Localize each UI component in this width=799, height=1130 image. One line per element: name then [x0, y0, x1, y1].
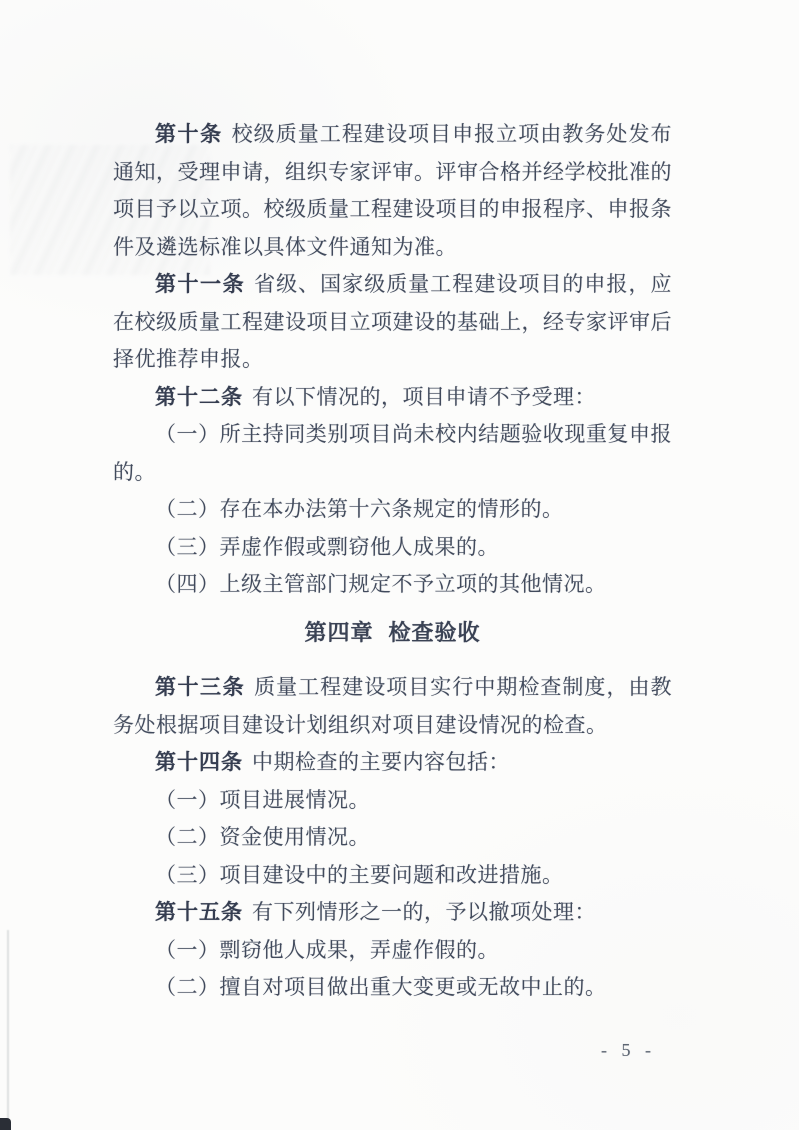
chapter-4-heading: 第四章 检查验收: [113, 614, 672, 652]
article-13-number: 第十三条: [155, 676, 245, 699]
article-12-number: 第十二条: [155, 386, 243, 409]
article-14-paragraph: 第十四条中期检查的主要内容包括：: [113, 744, 672, 782]
article-15-item-1: （一）剽窃他人成果，弄虚作假的。: [113, 932, 672, 970]
scanned-document-page: 第十条校级质量工程建设项目申报立项由教务处发布通知，受理申请，组织专家评审。评审…: [0, 0, 799, 1130]
scan-artifact-corner-mark: [0, 1118, 11, 1130]
article-13-paragraph: 第十三条质量工程建设项目实行中期检查制度，由教务处根据项目建设计划组织对项目建设…: [113, 669, 672, 744]
article-15-item-2: （二）擅自对项目做出重大变更或无故中止的。: [113, 969, 672, 1007]
article-12-item-4: （四）上级主管部门规定不予立项的其他情况。: [113, 566, 672, 604]
page-number: - 5 -: [601, 1040, 656, 1061]
article-12-paragraph: 第十二条有以下情况的，项目申请不予受理：: [113, 379, 672, 417]
article-15-number: 第十五条: [155, 901, 243, 924]
article-14-item-2: （二）资金使用情况。: [113, 819, 672, 857]
article-14-item-1: （一）项目进展情况。: [113, 782, 672, 820]
document-body: 第十条校级质量工程建设项目申报立项由教务处发布通知，受理申请，组织专家评审。评审…: [113, 116, 672, 1007]
article-10-number: 第十条: [155, 123, 223, 146]
article-15-text: 有下列情形之一的，予以撤项处理：: [252, 900, 596, 924]
scan-artifact-edge-line: [7, 930, 9, 1130]
article-12-item-1: （一）所主持同类别项目尚未校内结题验收现重复申报的。: [113, 416, 672, 491]
article-12-text: 有以下情况的，项目申请不予受理：: [252, 385, 596, 409]
article-11-number: 第十一条: [155, 273, 245, 296]
article-14-number: 第十四条: [155, 751, 243, 774]
article-12-item-2: （二）存在本办法第十六条规定的情形的。: [113, 491, 672, 529]
article-12-item-3: （三）弄虚作假或剽窃他人成果的。: [113, 529, 672, 567]
article-14-item-3: （三）项目建设中的主要问题和改进措施。: [113, 857, 672, 895]
article-14-text: 中期检查的主要内容包括：: [252, 750, 510, 774]
article-10-paragraph: 第十条校级质量工程建设项目申报立项由教务处发布通知，受理申请，组织专家评审。评审…: [113, 116, 672, 266]
article-15-paragraph: 第十五条有下列情形之一的，予以撤项处理：: [113, 894, 672, 932]
article-11-paragraph: 第十一条省级、国家级质量工程建设项目的申报，应在校级质量工程建设项目立项建设的基…: [113, 266, 672, 379]
